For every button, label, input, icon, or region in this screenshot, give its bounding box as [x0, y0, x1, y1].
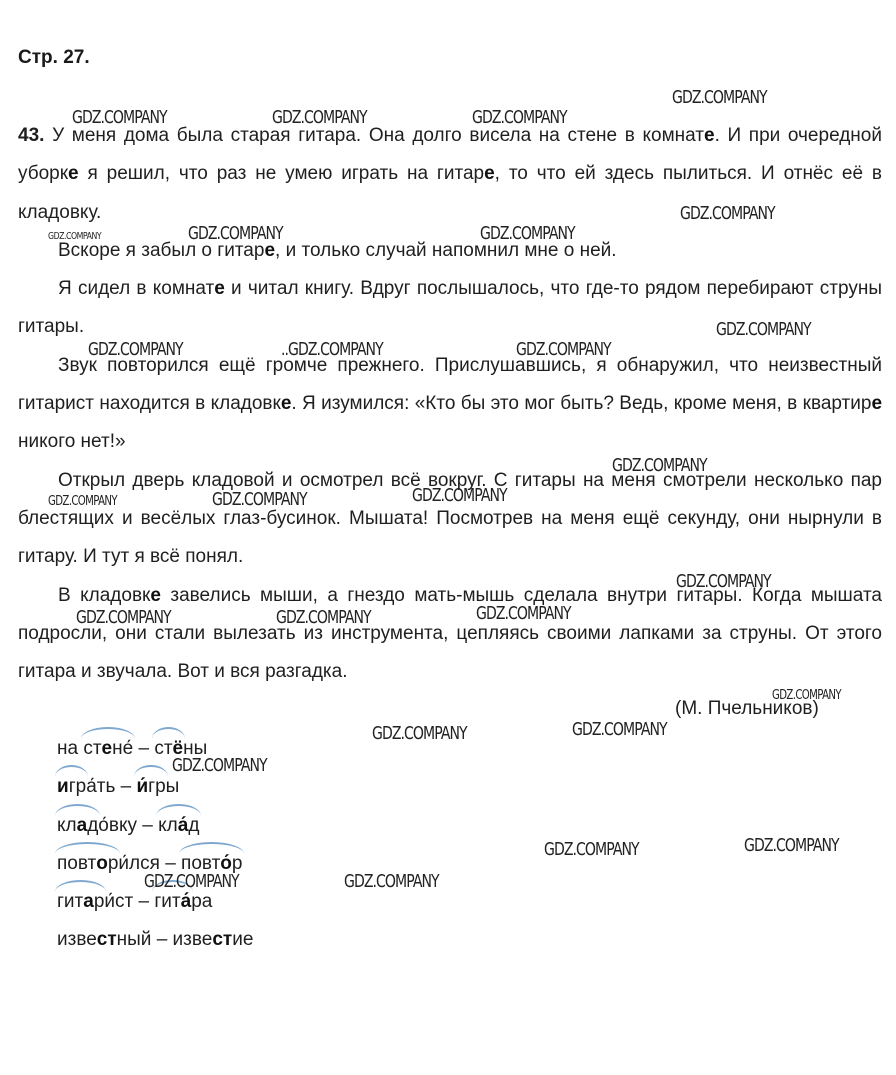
- highlighted-ending: е: [871, 393, 882, 414]
- word-part: ны: [183, 738, 207, 759]
- word-part: гит: [154, 891, 180, 912]
- word-part: гр: [69, 776, 87, 797]
- word-right: стёны: [154, 737, 207, 761]
- word-right: и́гры: [136, 775, 179, 799]
- highlighted-letter: о́: [220, 853, 232, 874]
- watermark-text: GDZ.COMPANY: [372, 723, 467, 744]
- highlighted-letter: и: [57, 776, 69, 797]
- highlighted-letter: а́: [178, 815, 189, 836]
- word-left: на стене́: [57, 737, 133, 761]
- dash: –: [151, 929, 172, 950]
- watermark-text: GDZ.COMPANY: [672, 87, 767, 108]
- word-part: о́вку: [98, 815, 137, 836]
- highlighted-ending: е: [484, 163, 495, 184]
- word-part: д: [188, 815, 199, 836]
- word-pair-row: на стене́ – стёны: [57, 737, 253, 775]
- word-part: изве: [57, 929, 97, 950]
- word-part: повт: [57, 853, 96, 874]
- highlighted-ending: е: [214, 278, 225, 299]
- dash: –: [115, 776, 136, 797]
- highlighted-letter: ст: [212, 929, 232, 950]
- word-part: ный: [117, 929, 152, 950]
- dash: –: [137, 815, 158, 836]
- watermark-text: GDZ.COMPANY: [572, 719, 667, 740]
- dash: –: [133, 738, 154, 759]
- author-attribution: (М. Пчельников): [675, 697, 819, 721]
- highlighted-letter: а: [77, 815, 88, 836]
- paragraph: Вскоре я забыл о гитаре, и только случай…: [18, 232, 882, 270]
- word-part: изве: [173, 929, 213, 950]
- word-part: и́лся: [118, 853, 160, 874]
- paragraph: Звук повторился ещё громче прежнего. При…: [18, 347, 882, 462]
- text-segment: У меня дома была старая гитара. Она долг…: [52, 125, 704, 146]
- word-pair-row: кладо́вку – кла́д: [57, 814, 253, 852]
- word-part: гр: [148, 776, 166, 797]
- text-segment: Я сидел в комнат: [58, 278, 214, 299]
- word-left: повтори́лся: [57, 852, 160, 876]
- text-segment: никого нет!»: [18, 431, 126, 452]
- highlighted-letter: о: [96, 853, 108, 874]
- text-segment: , и только случай напомнил мне о ней.: [275, 240, 617, 261]
- word-part: и́ст: [104, 891, 133, 912]
- text-segment: В кладовк: [58, 585, 150, 606]
- highlighted-letter: ст: [97, 929, 117, 950]
- word-left: игра́ть: [57, 775, 115, 799]
- paragraph: Открыл дверь кладовой и осмотрел всё вок…: [18, 462, 882, 577]
- watermark-text: GDZ.COMPANY: [544, 839, 639, 860]
- paragraph: В кладовке завелись мыши, а гнездо мать-…: [18, 577, 882, 692]
- paragraph: Я сидел в комнате и читал книгу. Вдруг п…: [18, 270, 882, 347]
- word-left: кладо́вку: [57, 814, 137, 838]
- highlighted-ending: е: [704, 125, 715, 146]
- word-right: гита́ра: [154, 890, 212, 914]
- text-segment: Вскоре я забыл о гитар: [58, 240, 264, 261]
- word-part: кл: [158, 815, 178, 836]
- highlighted-letter: а́: [181, 891, 192, 912]
- word-right: повто́р: [181, 852, 242, 876]
- word-part: на: [57, 738, 83, 759]
- paragraph: 43. У меня дома была старая гитара. Она …: [18, 117, 882, 232]
- watermark-text: GDZ.COMPANY: [344, 871, 439, 892]
- dash: –: [133, 891, 154, 912]
- exercise-number: 43.: [18, 125, 52, 146]
- word-right: известие: [173, 928, 254, 952]
- word-part: гит: [57, 891, 83, 912]
- word-part: ра: [191, 891, 212, 912]
- exercise-text: 43. У меня дома была старая гитара. Она …: [18, 117, 882, 691]
- highlighted-letter: е: [102, 738, 113, 759]
- word-part: повт: [181, 853, 220, 874]
- word-pairs-list: на стене́ – стёныигра́ть – и́грыкладо́вк…: [57, 737, 253, 967]
- word-part: д: [87, 815, 98, 836]
- highlighted-ending: е: [281, 393, 292, 414]
- watermark-text: GDZ.COMPANY: [744, 835, 839, 856]
- word-part: а́ть: [86, 776, 115, 797]
- highlighted-ending: е: [68, 163, 79, 184]
- word-part: ст: [83, 738, 101, 759]
- text-segment: я решил, что раз не умею играть на гитар: [79, 163, 484, 184]
- highlighted-ending: е: [264, 240, 275, 261]
- word-part: не́: [112, 738, 133, 759]
- word-part: р: [94, 891, 105, 912]
- text-segment: Открыл дверь кладовой и осмотрел всё вок…: [18, 470, 882, 568]
- word-left: гитари́ст: [57, 890, 133, 914]
- word-part: ст: [154, 738, 172, 759]
- word-left: известный: [57, 928, 151, 952]
- highlighted-letter: ё: [173, 738, 184, 759]
- highlighted-letter: и́: [136, 776, 148, 797]
- word-part: р: [232, 853, 243, 874]
- page-title: Стр. 27.: [18, 47, 90, 69]
- highlighted-ending: е: [150, 585, 161, 606]
- word-pair-row: повтори́лся – повто́р: [57, 852, 253, 890]
- exercise-paragraphs: 43. У меня дома была старая гитара. Она …: [18, 117, 882, 691]
- word-pair-row: гитари́ст – гита́ра: [57, 890, 253, 928]
- word-pair-row: игра́ть – и́гры: [57, 775, 253, 813]
- highlighted-letter: а: [83, 891, 94, 912]
- word-part: р: [108, 853, 119, 874]
- word-pair-row: известный – известие: [57, 928, 253, 966]
- dash: –: [160, 853, 181, 874]
- word-part: ы: [166, 776, 180, 797]
- text-segment: . Я изумился: «Кто бы это мог быть? Ведь…: [291, 393, 871, 414]
- word-part: ие: [232, 929, 253, 950]
- word-right: кла́д: [158, 814, 199, 838]
- word-part: кл: [57, 815, 77, 836]
